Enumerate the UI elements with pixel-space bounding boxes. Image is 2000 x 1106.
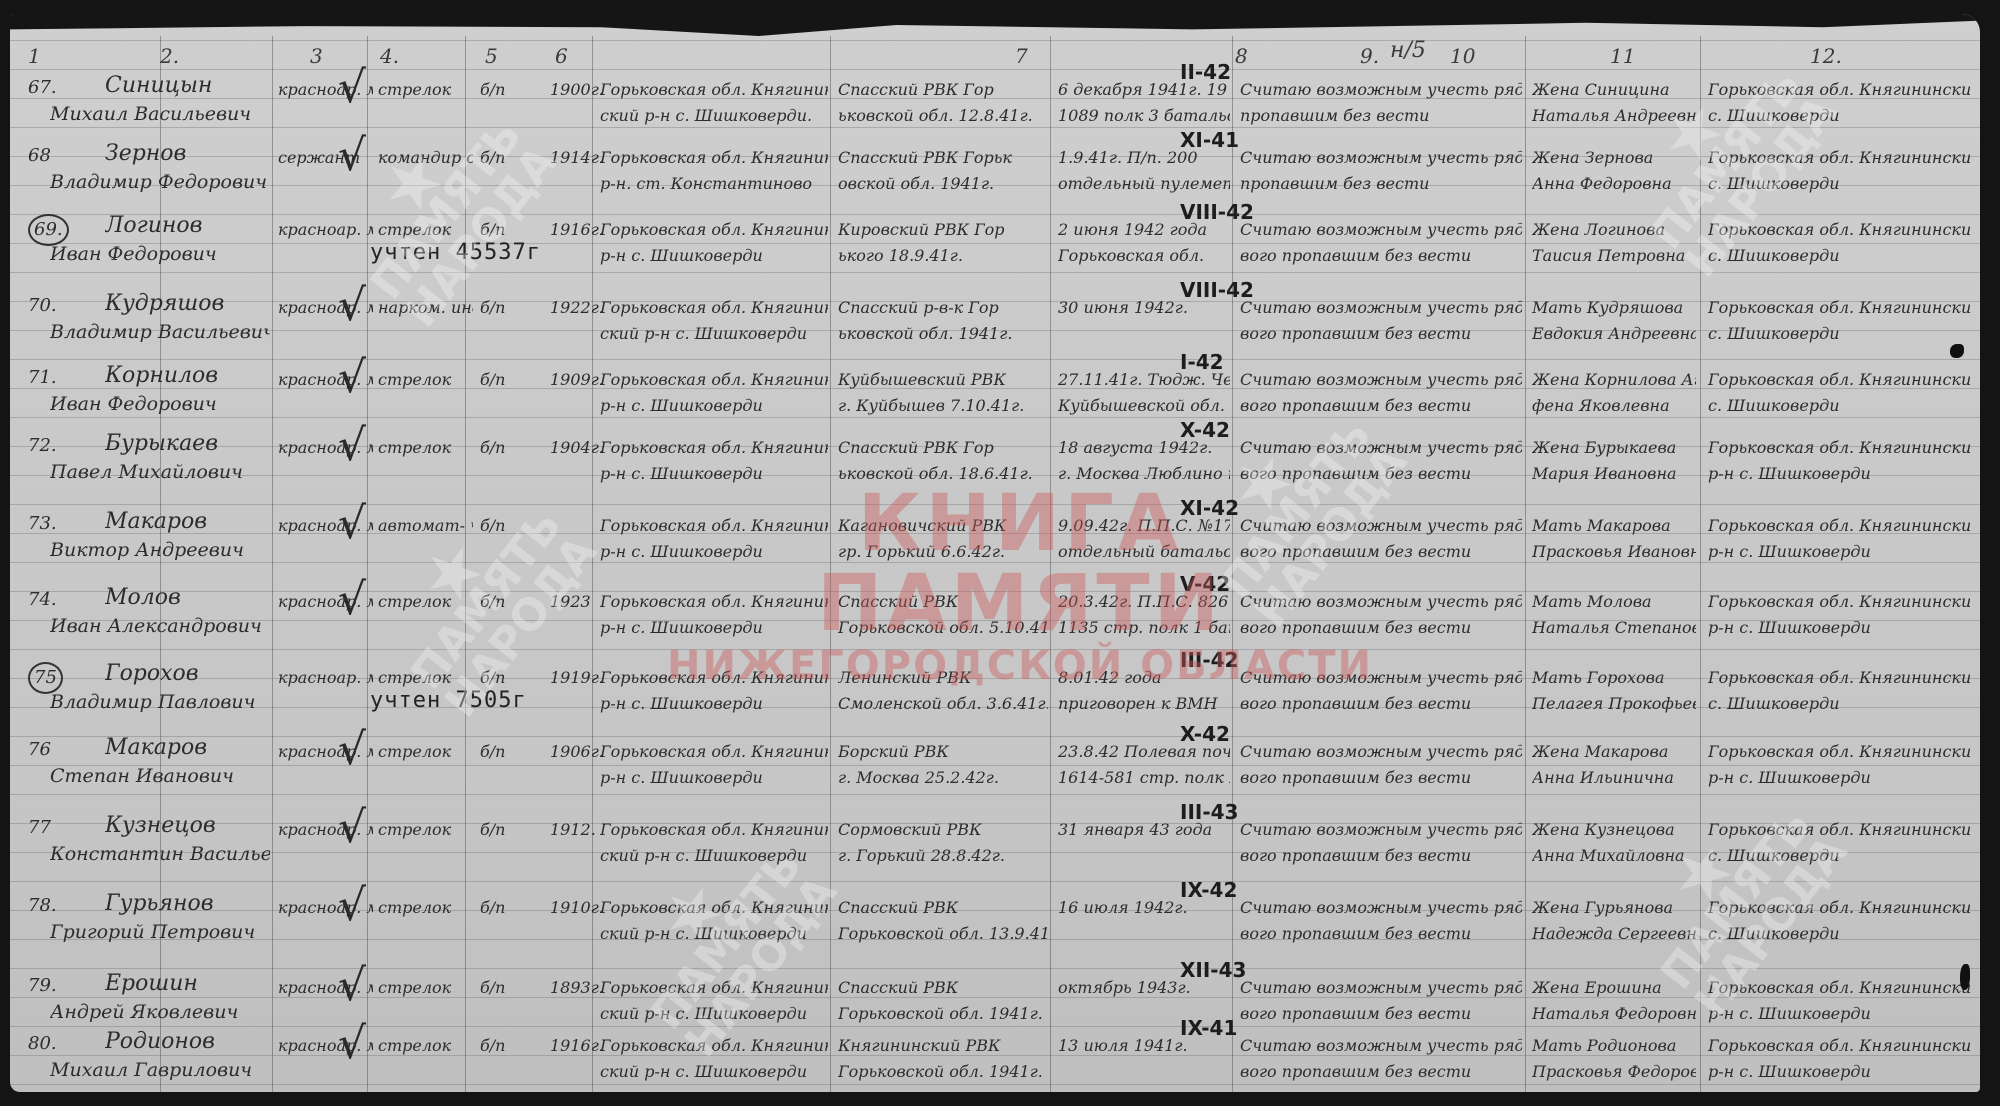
birthplace-line2: ский р-н с. Шишковерди (600, 1000, 828, 1028)
given-names: Владимир Павлович (50, 688, 270, 716)
birthplace-line2: р-н с. Шишковерди (600, 242, 828, 270)
record-number: 76 (28, 736, 88, 764)
drafted-line1: Спасский РВК Горьк (838, 144, 1048, 172)
given-names: Степан Иванович (50, 762, 270, 790)
surname: Бурыкаев (105, 430, 265, 458)
given-names: Константин Васильевич (50, 840, 270, 868)
relative-line2: Надежда Сергеевна (1532, 920, 1696, 948)
fate-line1: Считаю возможным учесть рядо- (1240, 588, 1522, 616)
given-names: Михаил Васильевич (50, 100, 270, 128)
last-news-line2: приговорен к ВМН (1058, 690, 1230, 718)
last-news-line2: Куйбышевской обл. ч/ч 585 (1058, 392, 1230, 420)
rank: красноар. меец (278, 664, 373, 692)
birthplace-line1: Горьковская обл. Княгинин- (600, 974, 828, 1002)
checkmark-icon: √ (338, 284, 366, 328)
processing-mark: II-42 (1180, 60, 1231, 84)
drafted-line1: Спасский РВК (838, 588, 1048, 616)
drafted-line2: г. Горький 28.8.42г. (838, 842, 1048, 870)
column-number: 11 (1610, 44, 1635, 68)
checkmark-icon: √ (338, 66, 366, 110)
relative-address-line1: Горьковская обл. Княгининский р-н (1708, 664, 1970, 692)
record-number: 74. (28, 586, 88, 614)
fate-line2: вого пропавшим без вести (1240, 614, 1522, 642)
fate-line2: вого пропавшим без вести (1240, 538, 1522, 566)
drafted-line2: Смоленской обл. 3.6.41г. (838, 690, 1048, 718)
relative-line2: Анна Ильинична (1532, 764, 1696, 792)
fate-line1: Считаю возможным учесть рядового (1240, 144, 1522, 172)
fate-line1: Считаю возможным учесть рядо- (1240, 974, 1522, 1002)
relative-line1: Жена Логинова (1532, 216, 1696, 244)
given-names: Виктор Андреевич (50, 536, 270, 564)
relative-line1: Жена Ерошина (1532, 974, 1696, 1002)
drafted-line2: ького 18.9.41г. (838, 242, 1048, 270)
last-news-line2: 1135 стр. полк 1 батальон (1058, 614, 1230, 642)
birthplace-line2: р-н с. Шишковерди (600, 392, 828, 420)
birthplace-line2: р-н с. Шишковерди (600, 690, 828, 718)
drafted-line1: Спасский РВК Гор (838, 76, 1048, 104)
processing-mark: III-42 (1180, 648, 1238, 672)
drafted-line1: Кировский РВК Гор (838, 216, 1048, 244)
relative-address-line2: р-н с. Шишковерди (1708, 1000, 1970, 1028)
paper-hole (1950, 344, 1964, 358)
fate-line2: вого пропавшим без вести (1240, 392, 1522, 420)
drafted-line1: Борский РВК (838, 738, 1048, 766)
checkmark-icon: √ (338, 884, 366, 928)
birthplace-line1: Горьковская обл. Княгининский (600, 588, 828, 616)
fate-line2: пропавшим без вести (1240, 170, 1522, 198)
last-news-line2: 1089 полк 3 батальон 3 рота (1058, 102, 1230, 130)
relative-line1: Мать Горохова (1532, 664, 1696, 692)
party-membership: б/п (480, 588, 540, 616)
surname: Корнилов (105, 362, 265, 390)
position: стрелок (378, 366, 473, 394)
given-names: Андрей Яковлевич (50, 998, 270, 1026)
processing-mark: X-42 (1180, 418, 1230, 442)
fate-line1: Считаю возможным учесть рядо- (1240, 366, 1522, 394)
fate-line2: вого пропавшим без вести (1240, 764, 1522, 792)
surname: Кузнецов (105, 812, 265, 840)
checkmark-icon: √ (338, 1022, 366, 1066)
relative-address-line1: Горьковская обл. Княгининский (1708, 512, 1970, 540)
birthplace-line2: р-н с. Шишковерди (600, 614, 828, 642)
fate-line1: Считаю возможным учесть рядового (1240, 76, 1522, 104)
relative-line2: Прасковья Федоровна (1532, 1058, 1696, 1086)
checkmark-icon: √ (338, 806, 366, 850)
relative-line2: фена Яковлевна (1532, 392, 1696, 420)
drafted-line1: Княгининский РВК (838, 1032, 1048, 1060)
fate-line2: вого пропавшим без вести (1240, 320, 1522, 348)
position: стрелок (378, 76, 473, 104)
given-names: Павел Михайлович (50, 458, 270, 486)
column-number: 12. (1810, 44, 1842, 68)
fate-line1: Считаю возможным учесть рядо- (1240, 664, 1522, 692)
record-number: 77 (28, 814, 88, 842)
drafted-line2: Горьковской обл. 13.9.41г. (838, 920, 1048, 948)
drafted-line2: гр. Горький 6.6.42г. (838, 538, 1048, 566)
processing-mark: I-42 (1180, 350, 1224, 374)
given-names: Григорий Петрович (50, 918, 270, 946)
party-membership: б/п (480, 816, 540, 844)
surname: Молов (105, 584, 265, 612)
record-number: 73. (28, 510, 88, 538)
relative-address-line1: Горьковская обл. Княгининский (1708, 588, 1970, 616)
processing-mark: X-42 (1180, 722, 1230, 746)
column-number: 2. (160, 44, 179, 68)
record-number: 68 (28, 142, 88, 170)
birthplace-line2: р-н с. Шишковерди (600, 538, 828, 566)
relative-line2: Таисия Петровна (1532, 242, 1696, 270)
record-number: 70. (28, 292, 88, 320)
column-number: 6 (555, 44, 568, 68)
relative-address-line1: Горьковская обл. Княгининский р-н (1708, 894, 1970, 922)
birthplace-line2: ский р-н с. Шишковерди (600, 920, 828, 948)
birthplace-line1: Горьковская обл. Княгининский (600, 738, 828, 766)
column-number: 9. (1360, 44, 1379, 68)
position: стрелок (378, 974, 473, 1002)
column-9-annotation: н/5 (1390, 38, 1426, 63)
relative-address-line2: р-н с. Шишковерди (1708, 538, 1970, 566)
checkmark-icon: √ (338, 502, 366, 546)
birthplace-line2: ский р-н с. Шишковерди (600, 320, 828, 348)
relative-line1: Жена Макарова (1532, 738, 1696, 766)
drafted-line2: ьковской обл. 18.6.41г. (838, 460, 1048, 488)
relative-address-line1: Горьковская обл. Княгининский (1708, 974, 1970, 1002)
drafted-line2: г. Москва 25.2.42г. (838, 764, 1048, 792)
relative-line2: Анна Михайловна (1532, 842, 1696, 870)
party-membership: б/п (480, 144, 540, 172)
birthplace-line1: Горьковская обл. Княгинин- (600, 816, 828, 844)
fate-line2: вого пропавшим без вести (1240, 1058, 1522, 1086)
relative-line2: Анна Федоровна (1532, 170, 1696, 198)
given-names: Михаил Гаврилович (50, 1056, 270, 1084)
party-membership: б/п (480, 366, 540, 394)
party-membership: б/п (480, 294, 540, 322)
processing-mark: IX-41 (1180, 1016, 1237, 1040)
last-news-line2: Горьковская обл. (1058, 242, 1230, 270)
position: стрелок (378, 738, 473, 766)
relative-line2: Мария Ивановна (1532, 460, 1696, 488)
relative-address-line2: с. Шишковерди (1708, 690, 1970, 718)
checkmark-icon: √ (338, 356, 366, 400)
birthplace-line1: Горьковская обл. Княгинин- (600, 1032, 828, 1060)
drafted-line1: Спасский РВК (838, 974, 1048, 1002)
relative-address-line1: Горьковская обл. Княгининский (1708, 738, 1970, 766)
drafted-line2: ьковской обл. 12.8.41г. (838, 102, 1048, 130)
relative-address-line2: р-н с. Шишковерди (1708, 764, 1970, 792)
birthplace-line1: Горьковская обл. Княгининский (600, 366, 828, 394)
fate-line2: вого пропавшим без вести (1240, 920, 1522, 948)
position: нарком. инст. (378, 294, 473, 322)
birthplace-line1: Горьковская обл. Княгинин- (600, 76, 828, 104)
fate-line1: Считаю возможным учесть рядо- (1240, 738, 1522, 766)
drafted-line2: Горьковской обл. 1941г. (838, 1000, 1048, 1028)
processing-mark: XII-43 (1180, 958, 1246, 982)
position: стрелок (378, 1032, 473, 1060)
processing-mark: XI-41 (1180, 128, 1239, 152)
relative-line1: Жена Корнилова Агра- (1532, 366, 1696, 394)
relative-line2: Наталья Андреевна (1532, 102, 1696, 130)
column-number: 3 (310, 44, 323, 68)
fate-line1: Считаю возможным учесть рядо- (1240, 294, 1522, 322)
drafted-line2: овской обл. 1941г. (838, 170, 1048, 198)
checkmark-icon: √ (338, 964, 366, 1008)
relative-line1: Жена Синицина (1532, 76, 1696, 104)
processing-mark: VIII-42 (1180, 200, 1254, 224)
surname: Ерошин (105, 970, 265, 998)
processing-mark: IX-42 (1180, 878, 1237, 902)
fate-line1: Считаю возможным учесть рядо- (1240, 1032, 1522, 1060)
party-membership: б/п (480, 738, 540, 766)
party-membership: б/п (480, 1032, 540, 1060)
fate-line2: пропавшим без вести (1240, 102, 1522, 130)
fate-line2: вого пропавшим без вести (1240, 842, 1522, 870)
relative-address-line1: Горьковская обл. Княгининский (1708, 1032, 1970, 1060)
drafted-line1: Ленинский РВК (838, 664, 1048, 692)
surname: Родионов (105, 1028, 265, 1056)
drafted-line1: Куйбышевский РВК (838, 366, 1048, 394)
processing-mark: III-43 (1180, 800, 1238, 824)
drafted-line1: Сормовский РВК (838, 816, 1048, 844)
relative-line1: Мать Кудряшова (1532, 294, 1696, 322)
relative-address-line2: р-н с. Шишковерди (1708, 460, 1970, 488)
processing-mark: XI-42 (1180, 496, 1239, 520)
relative-line1: Жена Бурыкаева (1532, 434, 1696, 462)
fate-line2: вого пропавшим без вести (1240, 1000, 1522, 1028)
birthplace-line2: ский р-н с. Шишковерди (600, 842, 828, 870)
fate-line1: Считаю возможным учесть рядо- (1240, 512, 1522, 540)
relative-line2: Пелагея Прокофьевна (1532, 690, 1696, 718)
party-membership: б/п (480, 974, 540, 1002)
last-news-line2: отдельный батальон автоматчиков 2 рота (1058, 538, 1230, 566)
relative-address-line1: Горьковская обл. Княгининский р-н (1708, 816, 1970, 844)
surname: Кудряшов (105, 290, 265, 318)
relative-address-line1: Горьковская обл. Княгининский р-н (1708, 216, 1970, 244)
given-names: Иван Александрович (50, 612, 270, 640)
relative-address-line1: Горьковская обл. Княгининский (1708, 434, 1970, 462)
column-number: 7 (1015, 44, 1028, 68)
record-number: 80. (28, 1030, 88, 1058)
checkmark-icon: √ (338, 424, 366, 468)
fate-line2: вого пропавшим без вести (1240, 460, 1522, 488)
surname: Макаров (105, 508, 265, 536)
surname: Макаров (105, 734, 265, 762)
party-membership: б/п (480, 76, 540, 104)
column-number: 4. (380, 44, 399, 68)
checkmark-icon: √ (338, 578, 366, 622)
position: автомат- чик (378, 512, 473, 540)
drafted-line1: Спасский РВК (838, 894, 1048, 922)
record-number: 71. (28, 364, 88, 392)
birthplace-line1: Горьковская обл. Княгинин- (600, 294, 828, 322)
fate-line1: Считаю возможным учесть рядо- (1240, 216, 1522, 244)
drafted-line2: ьковской обл. 1941г. (838, 320, 1048, 348)
position: стрелок (378, 894, 473, 922)
drafted-line2: г. Куйбышев 7.10.41г. (838, 392, 1048, 420)
surname: Зернов (105, 140, 265, 168)
relative-address-line2: с. Шишковерди (1708, 320, 1970, 348)
relative-address-line1: Горьковская обл. Княгининский р-н (1708, 76, 1970, 104)
birthplace-line2: ский р-н с. Шишковерди. (600, 102, 828, 130)
relative-address-line2: с. Шишковерди (1708, 170, 1970, 198)
rank: красноар. меец (278, 216, 373, 244)
position: командир отделения (378, 144, 473, 172)
record-number: 78. (28, 892, 88, 920)
relative-line1: Жена Зернова (1532, 144, 1696, 172)
birthplace-line1: Горьковская обл. Княгининский (600, 144, 828, 172)
column-number: 5 (485, 44, 498, 68)
relative-line2: Наталья Федоровна (1532, 1000, 1696, 1028)
column-number: 8 (1235, 44, 1248, 68)
drafted-line1: Спасский РВК Гор (838, 434, 1048, 462)
surname: Синицын (105, 72, 265, 100)
birthplace-line1: Горьковская обл. Княгининский (600, 664, 828, 692)
registered-note: учтен 7505г (370, 688, 527, 713)
relative-line1: Жена Гурьянова (1532, 894, 1696, 922)
relative-line1: Мать Молова (1532, 588, 1696, 616)
record-number: 79. (28, 972, 88, 1000)
position: стрелок (378, 434, 473, 462)
birthplace-line2: р-н с. Шишковерди (600, 460, 828, 488)
surname: Логинов (105, 212, 265, 240)
fate-line1: Считаю возможным учесть рядо- (1240, 434, 1522, 462)
given-names: Иван Федорович (50, 390, 270, 418)
relative-address-line2: с. Шишковерди (1708, 102, 1970, 130)
last-news-line2: отдельный пулеметный батальон 1 рота (1058, 170, 1230, 198)
relative-address-line2: с. Шишковерди (1708, 920, 1970, 948)
party-membership: б/п (480, 512, 540, 540)
relative-line1: Мать Родионова (1532, 1032, 1696, 1060)
relative-line1: Мать Макарова (1532, 512, 1696, 540)
registered-note: учтен 45537г (370, 240, 541, 265)
processing-mark: VIII-42 (1180, 278, 1254, 302)
relative-address-line2: р-н с. Шишковерди (1708, 1058, 1970, 1086)
fate-line1: Считаю возможным учесть рядо- (1240, 816, 1522, 844)
position: стрелок (378, 816, 473, 844)
birthplace-line2: р-н с. Шишковерди (600, 764, 828, 792)
last-news-line2: 1614-581 стр. полк 2 батальон 5 рота (1058, 764, 1230, 792)
register-sheet: 12.34.56789.101112.н/5 67.СиницынМихаил … (10, 14, 1980, 1092)
record-number: 67. (28, 74, 88, 102)
checkmark-icon: √ (338, 728, 366, 772)
surname: Гурьянов (105, 890, 265, 918)
position: стрелок (378, 588, 473, 616)
given-names: Владимир Васильевич (50, 318, 270, 346)
relative-address-line2: с. Шишковерди (1708, 842, 1970, 870)
processing-mark: V-42 (1180, 572, 1230, 596)
relative-address-line2: с. Шишковерди (1708, 242, 1970, 270)
relative-line1: Жена Кузнецова (1532, 816, 1696, 844)
given-names: Иван Федорович (50, 240, 270, 268)
relative-line2: Прасковья Ивановна (1532, 538, 1696, 566)
birthplace-line2: ский р-н с. Шишковерди (600, 1058, 828, 1086)
relative-line2: Евдокия Андреевна (1532, 320, 1696, 348)
birthplace-line2: р-н. ст. Константиново (600, 170, 828, 198)
column-number: 10 (1450, 44, 1475, 68)
column-number: 1 (28, 44, 41, 68)
fate-line1: Считаю возможным учесть рядо- (1240, 894, 1522, 922)
fate-line2: вого пропавшим без вести (1240, 690, 1522, 718)
drafted-line1: Спасский р-в-к Гор (838, 294, 1048, 322)
drafted-line1: Кагановичский РВК (838, 512, 1048, 540)
drafted-line2: Горьковской обл. 5.10.41г. (838, 614, 1048, 642)
birthplace-line1: Горьковская обл. Княгининский (600, 434, 828, 462)
record-number: 72. (28, 432, 88, 460)
relative-address-line2: р-н с. Шишковерди (1708, 614, 1970, 642)
party-membership: б/п (480, 434, 540, 462)
relative-address-line1: Горьковская обл. Княгининский р-н (1708, 366, 1970, 394)
birthplace-line1: Горьковская обл. Княгининский (600, 216, 828, 244)
relative-address-line1: Горьковская обл. Княгининский р-н (1708, 144, 1970, 172)
checkmark-icon: √ (338, 134, 366, 178)
drafted-line2: Горьковской обл. 1941г. (838, 1058, 1048, 1086)
relative-address-line2: с. Шишковерди (1708, 392, 1970, 420)
party-membership: б/п (480, 894, 540, 922)
surname: Горохов (105, 660, 265, 688)
last-news-line2: г. Москва Люблино п/я 1007/м (1058, 460, 1230, 488)
given-names: Владимир Федорович (50, 168, 270, 196)
birthplace-line1: Горьковская обл. Княгининский (600, 512, 828, 540)
fate-line2: вого пропавшим без вести (1240, 242, 1522, 270)
relative-line2: Наталья Степановна (1532, 614, 1696, 642)
relative-address-line1: Горьковская обл. Княгининский р-н (1708, 294, 1970, 322)
birthplace-line1: Горьковская обл. Княгинин- (600, 894, 828, 922)
paper-tear (1960, 964, 1970, 990)
